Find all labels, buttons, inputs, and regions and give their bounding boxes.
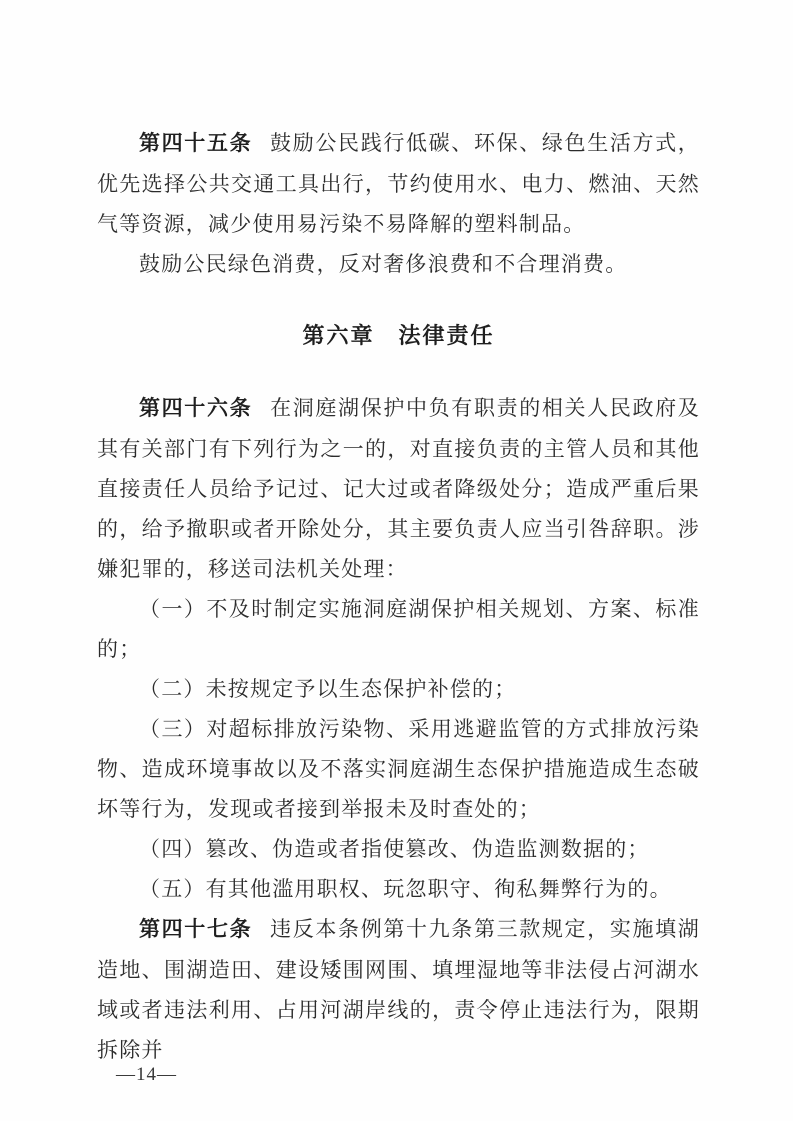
list-item-2: （二）未按规定予以生态保护补偿的；: [97, 669, 700, 709]
document-content: 第四十五条鼓励公民践行低碳、环保、绿色生活方式，优先选择公共交通工具出行，节约使…: [97, 123, 700, 1070]
page-number: —14—: [116, 1061, 177, 1089]
paragraph-green-consumption: 鼓励公民绿色消费，反对奢侈浪费和不合理消费。: [97, 244, 700, 284]
document-page: 第四十五条鼓励公民践行低碳、环保、绿色生活方式，优先选择公共交通工具出行，节约使…: [0, 0, 793, 1121]
article-paragraph-47: 第四十七条违反本条例第十九条第三款规定，实施填湖造地、围湖造田、建设矮围网围、填…: [97, 909, 700, 1070]
article-text-46: 在洞庭湖保护中负有职责的相关人民政府及其有关部门有下列行为之一的，对直接负责的主…: [97, 396, 700, 581]
article-number-46: 第四十六条: [139, 397, 252, 420]
list-item-5: （五）有其他滥用职权、玩忽职守、徇私舞弊行为的。: [97, 869, 700, 909]
chapter-heading: 第六章 法律责任: [97, 316, 700, 356]
list-item-1: （一）不及时制定实施洞庭湖保护相关规划、方案、标准的；: [97, 589, 700, 669]
article-number-45: 第四十五条: [139, 132, 252, 155]
list-item-4: （四）篡改、伪造或者指使篡改、伪造监测数据的；: [97, 829, 700, 869]
article-paragraph-45: 第四十五条鼓励公民践行低碳、环保、绿色生活方式，优先选择公共交通工具出行，节约使…: [97, 123, 700, 244]
article-paragraph-46: 第四十六条在洞庭湖保护中负有职责的相关人民政府及其有关部门有下列行为之一的，对直…: [97, 388, 700, 589]
article-number-47: 第四十七条: [139, 918, 252, 941]
list-item-3: （三）对超标排放污染物、采用逃避监管的方式排放污染物、造成环境事故以及不落实洞庭…: [97, 709, 700, 829]
